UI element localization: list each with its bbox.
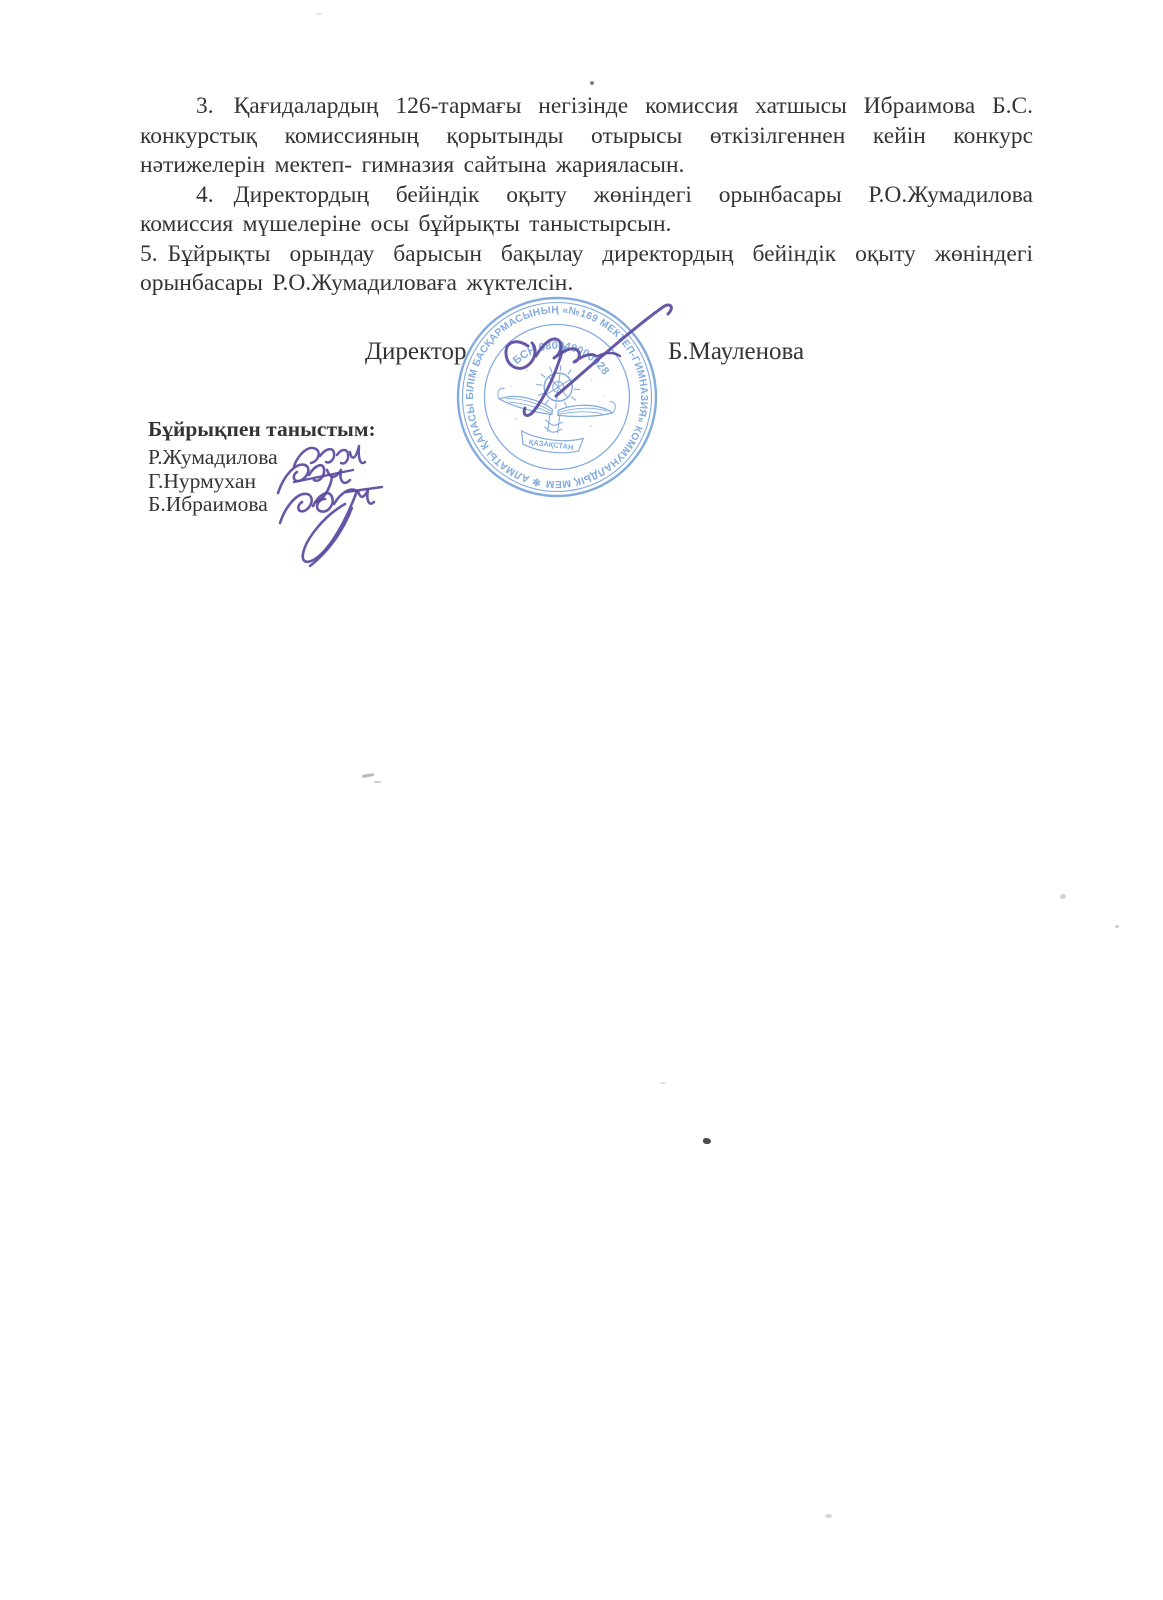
paragraph-5-number: 5.	[140, 241, 168, 267]
signatory-ibraimova: Б.Ибраимова	[148, 493, 376, 517]
signatory-nurmukhan: Г.Нурмухан	[148, 470, 376, 494]
scan-artifact	[362, 773, 374, 778]
scan-artifact	[703, 1138, 711, 1144]
director-name: Б.Мауленова	[668, 338, 804, 366]
signatory-zhumadilova: Р.Жумадилова	[148, 446, 376, 470]
scan-artifact	[374, 781, 381, 783]
scan-artifact	[825, 1514, 832, 1518]
paragraph-3-text: Қағидалардың 126-тармағы негізінде комис…	[140, 93, 1033, 178]
document-body: 3.Қағидалардың 126-тармағы негізінде ком…	[140, 92, 1033, 299]
scan-artifact	[1115, 925, 1119, 928]
scan-artifact	[590, 81, 594, 85]
svg-text:БСН 680940000028: БСН 680940000028	[510, 334, 614, 378]
director-role-label: Директор	[365, 338, 466, 366]
scanned-document-page: 3.Қағидалардың 126-тармағы негізінде ком…	[0, 0, 1163, 1600]
paragraph-5: 5.Бұйрықты орындау барысын бақылау дирек…	[140, 240, 1033, 299]
official-round-stamp-icon: ✻ АЛМАТЫ ҚАЛАСЫ БІЛІМ БАСҚАРМАСЫНЫҢ «№16…	[454, 294, 660, 500]
stamp-banner-text: ҚАЗАҚСТАН	[528, 437, 574, 451]
paragraph-3: 3.Қағидалардың 126-тармағы негізінде ком…	[140, 92, 1033, 181]
scan-artifact	[1060, 894, 1066, 899]
stamp-bin-text: БСН 680940000028	[510, 334, 614, 378]
paragraph-4-text: Директордың бейіндік оқыту жөніндегі оры…	[140, 182, 1033, 238]
paragraph-4: 4.Директордың бейіндік оқыту жөніндегі о…	[140, 181, 1033, 240]
acknowledgement-block: Бұйрықпен таныстым: Р.Жумадилова Г.Нурму…	[148, 417, 376, 517]
scan-artifact	[316, 13, 322, 15]
paragraph-4-number: 4.	[196, 182, 234, 208]
scan-artifact	[660, 1082, 666, 1084]
paragraph-3-number: 3.	[196, 93, 234, 119]
paragraph-5-text: Бұйрықты орындау барысын бақылау директо…	[140, 241, 1033, 297]
kazakhstan-emblem-icon: ҚАЗАҚСТАН	[492, 335, 623, 459]
acknowledgement-heading: Бұйрықпен таныстым:	[148, 417, 376, 442]
